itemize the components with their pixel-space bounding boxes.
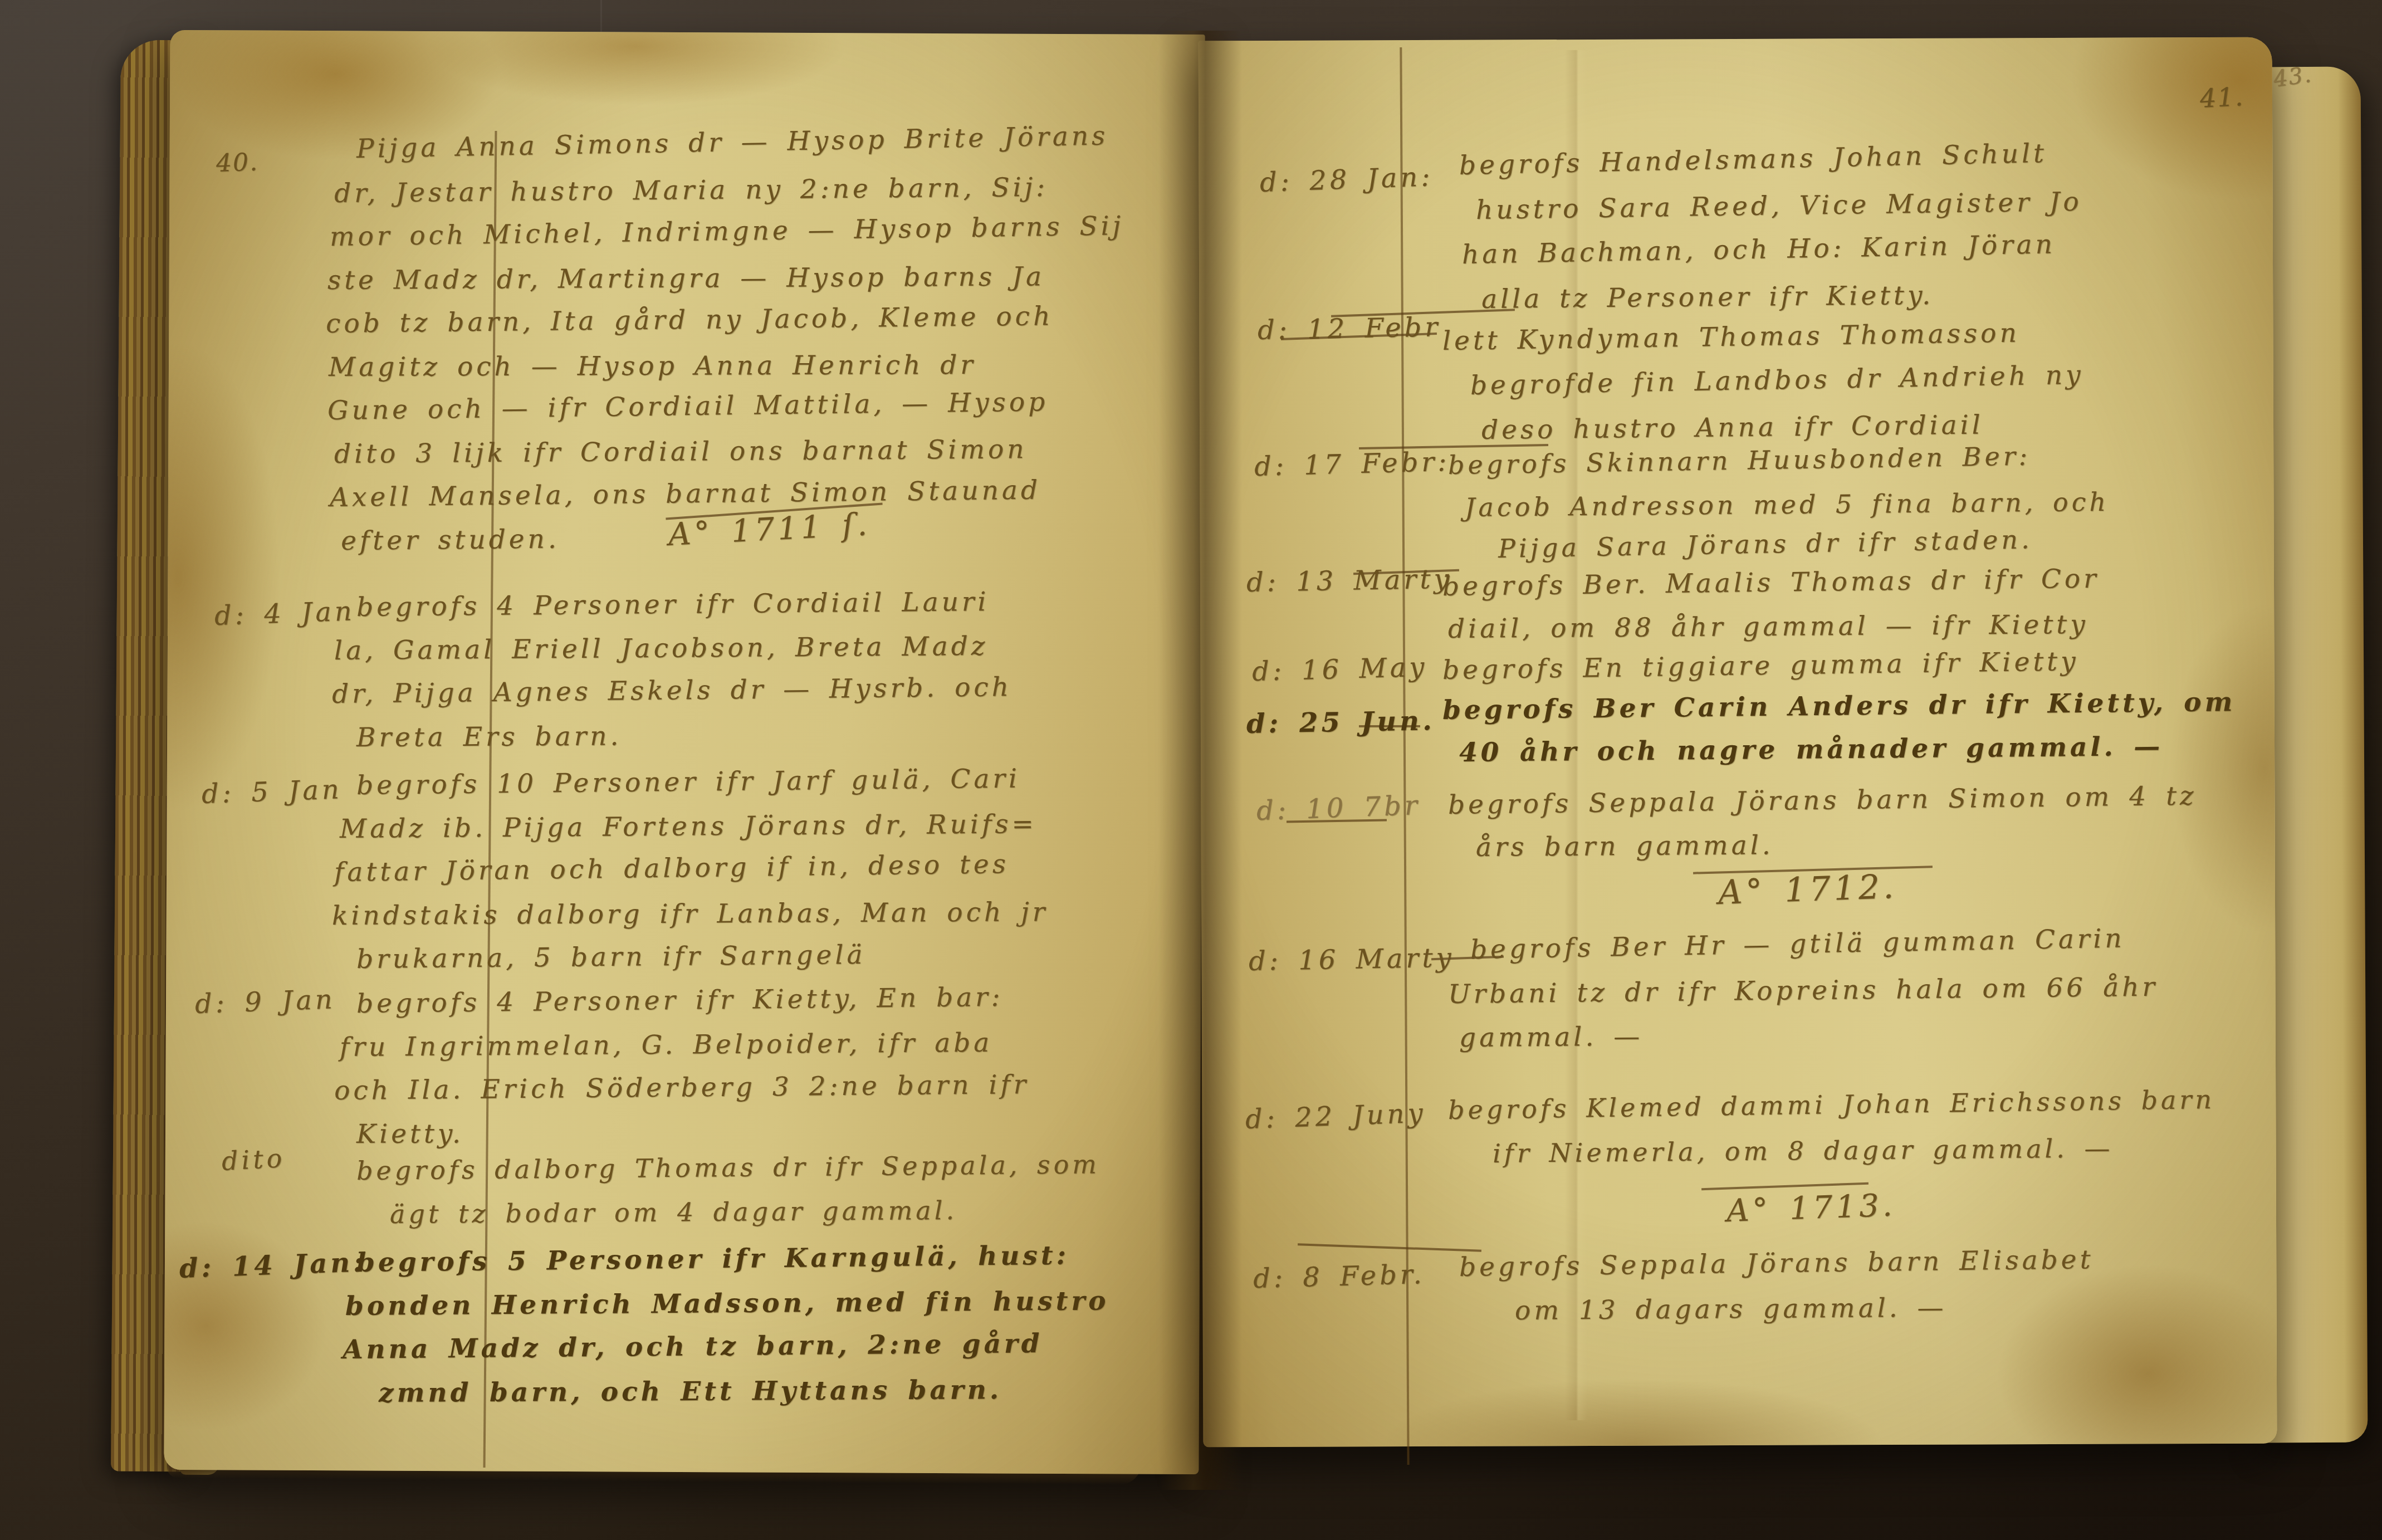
manuscript-line: Anna Madz dr, och tz barn, 2:ne gård — [343, 1328, 1043, 1365]
margin-date: d: 10 7br — [1256, 790, 1421, 827]
margin-date: d: 16 Marty — [1249, 942, 1455, 977]
manuscript-line: Kietty. — [356, 1118, 464, 1150]
margin-date: d: 22 Juny — [1245, 1098, 1426, 1135]
right-page-number: 41. — [2199, 81, 2245, 114]
manuscript-line: la, Gamal Eriell Jacobson, Breta Madz — [334, 631, 989, 666]
manuscript-line: ste Madz dr, Martingra — Hysop barns Ja — [327, 261, 1045, 296]
manuscript-line: Jacob Andresson med 5 fina barn, och — [1465, 487, 2110, 522]
margin-date: d: 16 May — [1251, 652, 1428, 687]
manuscript-line: ifr Niemerla, om 8 dagar gammal. — — [1493, 1133, 2114, 1169]
manuscript-line: alla tz Personer ifr Kietty. — [1481, 280, 1934, 315]
margin-date: d: 8 Febr. — [1253, 1259, 1425, 1294]
margin-date: d: 5 Jan — [201, 774, 343, 810]
manuscript-line: gammal. — — [1459, 1021, 1644, 1053]
margin-date: d: 28 Jan: — [1259, 161, 1434, 198]
margin-date: d: 12 Febr — [1258, 311, 1441, 346]
manuscript-line: ägt tz bodar om 4 dagar gammal. — [390, 1195, 957, 1229]
manuscript-line: bonden Henrich Madsson, med fin hustro — [345, 1285, 1109, 1322]
manuscript-line: zmnd barn, och Ett Hyttans barn. — [379, 1375, 1002, 1409]
manuscript-line: begrofs 4 Personer ifr Cordiail Lauri — [356, 586, 990, 623]
manuscript-line: om 13 dagars gammal. — — [1515, 1293, 1947, 1326]
margin-date: d: 25 Jun. — [1246, 705, 1436, 740]
manuscript-line: efter studen. — [341, 524, 560, 556]
manuscript-line: års barn gammal. — [1476, 830, 1774, 863]
manuscript-line: kindstakis dalborg ifr Lanbas, Man och j… — [332, 897, 1048, 931]
manuscript-line: deso hustro Anna ifr Cordiail — [1481, 410, 1984, 446]
margin-date: d: 13 Marty — [1246, 564, 1453, 598]
margin-date: d: 4 Jan — [214, 595, 356, 632]
manuscript-line: och Ila. Erich Söderberg 3 2:ne barn ifr — [334, 1069, 1030, 1106]
margin-date: d: 9 Jan — [194, 984, 336, 1020]
manuscript-line: 40 åhr och nagre månader gammal. — — [1459, 731, 2163, 768]
year-heading-1712: A° 1712. — [1718, 867, 1897, 912]
manuscript-line: diail, om 88 åhr gammal — ifr Kietty — [1448, 609, 2088, 644]
margin-date: d: 17 Febr: — [1254, 446, 1450, 482]
margin-date: dito — [221, 1143, 286, 1176]
manuscript-line: Breta Ers barn. — [356, 721, 622, 753]
manuscript-line: brukarna, 5 barn ifr Sarngelä — [356, 940, 866, 975]
year-heading-1713: A° 1713. — [1726, 1187, 1896, 1229]
manuscript-line: Madz ib. Pijga Fortens Jörans dr, Ruifs= — [340, 809, 1037, 844]
manuscript-line: dr, Jestar hustro Maria ny 2:ne barn, Si… — [334, 172, 1049, 209]
manuscript-line: Magitz och — Hysop Anna Henrich dr — [329, 350, 976, 383]
manuscript-line: fru Ingrimmelan, G. Belpoider, ifr aba — [340, 1028, 993, 1063]
left-page-number: 40. — [216, 148, 259, 178]
photograph-of-open-manuscript-register: 40. 41. 43. d: 4 Jan d: 5 Jan d: 9 Jan d… — [0, 0, 2382, 1540]
manuscript-line: dito 3 lijk ifr Cordiail ons barnat Simo… — [334, 434, 1028, 470]
right-page-number-alt: 43. — [2272, 62, 2313, 92]
margin-date: d: 14 Jan: — [179, 1246, 367, 1284]
